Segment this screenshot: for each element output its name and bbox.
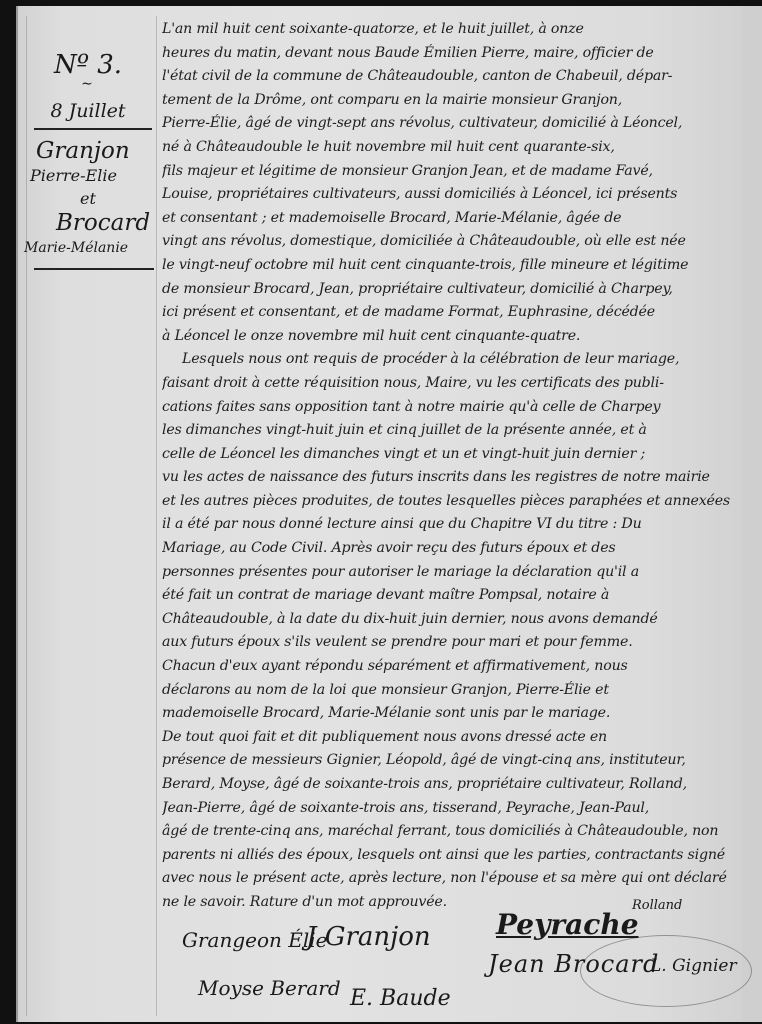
text-line: Louise, propriétaires cultivateurs, auss… — [162, 183, 754, 207]
entry-date: 8 Juillet — [28, 100, 148, 122]
text-line: mademoiselle Brocard, Marie-Mélanie sont… — [162, 702, 754, 726]
text-line: Pierre-Élie, âgé de vingt-sept ans révol… — [162, 112, 754, 136]
text-line: vingt ans révolus, domestique, domicilié… — [162, 230, 754, 254]
text-line: cations faites sans opposition tant à no… — [162, 396, 754, 420]
text-line: celle de Léoncel les dimanches vingt et … — [162, 443, 754, 467]
signature-witness-peyrache: Peyrache — [496, 908, 639, 941]
signature-bride-father: Jean Brocard — [488, 950, 659, 978]
text-line: été fait un contrat de mariage devant ma… — [162, 584, 754, 608]
conjunction: et — [80, 189, 148, 208]
signature-witness-rolland: Rolland — [632, 898, 682, 913]
text-line: avec nous le présent acte, après lecture… — [162, 867, 754, 891]
bride-surname: Brocard — [56, 210, 148, 236]
groom-given-names: Pierre-Elie — [30, 166, 148, 185]
text-line: les dimanches vingt-huit juin et cinq ju… — [162, 419, 754, 443]
text-line: de monsieur Brocard, Jean, propriétaire … — [162, 278, 754, 302]
text-line: L'an mil huit cent soixante-quatorze, et… — [162, 18, 754, 42]
signature-witness-berard: Moyse Berard — [198, 976, 341, 1000]
signature-groom-father: J Granjon — [306, 922, 431, 952]
text-line: et les autres pièces produites, de toute… — [162, 490, 754, 514]
margin-rule — [156, 16, 157, 1016]
text-line: aux futurs époux s'ils veulent se prendr… — [162, 631, 754, 655]
text-line: le vingt-neuf octobre mil huit cent cinq… — [162, 254, 754, 278]
text-line: Berard, Moyse, âgé de soixante-trois ans… — [162, 773, 754, 797]
text-line: l'état civil de la commune de Châteaudou… — [162, 65, 754, 89]
text-line: il a été par nous donné lecture ainsi qu… — [162, 513, 754, 537]
entry-number-mark: ∼ — [26, 80, 148, 88]
text-line: né à Châteaudouble le huit novembre mil … — [162, 136, 754, 160]
margin-divider — [34, 128, 152, 130]
text-line: De tout quoi fait et dit publiquement no… — [162, 726, 754, 750]
text-line: âgé de trente-cinq ans, maréchal ferrant… — [162, 820, 754, 844]
text-line: heures du matin, devant nous Baude Émili… — [162, 42, 754, 66]
text-line: Châteaudouble, à la date du dix-huit jui… — [162, 608, 754, 632]
text-line: vu les actes de naissance des futurs ins… — [162, 466, 754, 490]
text-line: et consentant ; et mademoiselle Brocard,… — [162, 207, 754, 231]
text-line: parents ni alliés des époux, lesquels on… — [162, 844, 754, 868]
text-line: fils majeur et légitime de monsieur Gran… — [162, 160, 754, 184]
text-line: faisant droit à cette réquisition nous, … — [162, 372, 754, 396]
text-line: à Léoncel le onze novembre mil huit cent… — [162, 325, 754, 349]
text-line: ici présent et consentant, et de madame … — [162, 301, 754, 325]
text-line: Chacun d'eux ayant répondu séparément et… — [162, 655, 754, 679]
text-line: Jean-Pierre, âgé de soixante-trois ans, … — [162, 797, 754, 821]
text-line: tement de la Drôme, ont comparu en la ma… — [162, 89, 754, 113]
signature-witness-gignier: L. Gignier — [650, 956, 737, 976]
document-scan: Nº 3. ∼ 8 Juillet Granjon Pierre-Elie et… — [0, 0, 762, 1024]
margin-column: Nº 3. ∼ 8 Juillet Granjon Pierre-Elie et… — [18, 50, 148, 270]
signature-mayor: E. Baude — [350, 986, 451, 1011]
text-line: déclarons au nom de la loi que monsieur … — [162, 679, 754, 703]
text-line: personnes présentes pour autoriser le ma… — [162, 561, 754, 585]
marriage-record-text: L'an mil huit cent soixante-quatorze, et… — [162, 18, 754, 915]
text-line: Lesquels nous ont requis de procéder à l… — [162, 348, 754, 372]
groom-surname: Granjon — [36, 138, 148, 164]
text-line: Mariage, au Code Civil. Après avoir reçu… — [162, 537, 754, 561]
bride-given-names: Marie-Mélanie — [24, 240, 148, 256]
text-line: présence de messieurs Gignier, Léopold, … — [162, 749, 754, 773]
margin-divider-bottom — [34, 268, 154, 270]
